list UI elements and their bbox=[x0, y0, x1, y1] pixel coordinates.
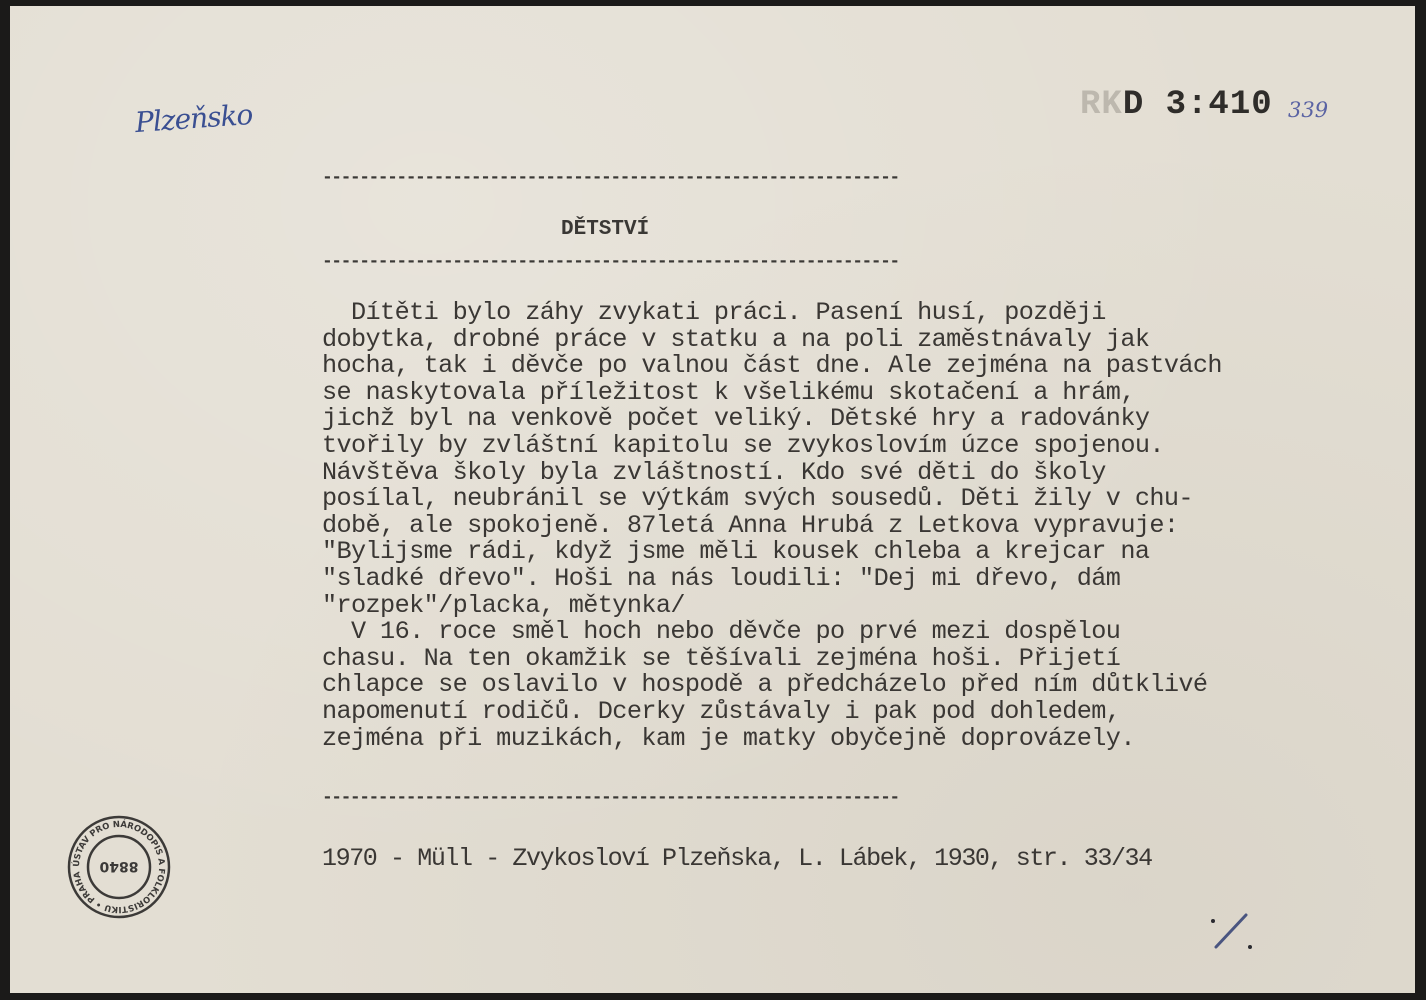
body-line: Návštěva školy byla zvláštností. Kdo své… bbox=[322, 460, 1222, 487]
body-text: Dítěti bylo záhy zvykati práci. Pasení h… bbox=[322, 300, 1222, 752]
divider-top: ----------------------------------------… bbox=[322, 168, 1318, 188]
shelfmark-number: D 3:410 bbox=[1123, 86, 1273, 124]
document-title: DĚTSTVÍ bbox=[561, 218, 649, 241]
handwritten-page-number: 339 bbox=[1288, 98, 1328, 122]
body-line: tvořily by zvláštní kapitolu se zvykoslo… bbox=[322, 433, 1222, 460]
body-line: "rozpek"/placka, mětynka/ bbox=[322, 593, 1222, 620]
divider-under-title: ----------------------------------------… bbox=[322, 252, 1318, 272]
body-line: napomenutí rodičů. Dcerky zůstávaly i pa… bbox=[322, 699, 1222, 726]
body-line: chasu. Na ten okamžik se těšívali zejmén… bbox=[322, 646, 1222, 673]
body-line: době, ale spokojeně. 87letá Anna Hrubá z… bbox=[322, 513, 1222, 540]
shelfmark: RKD 3:410 bbox=[1080, 86, 1273, 124]
body-line: "Bylijsme rádi, když jsme měli kousek ch… bbox=[322, 539, 1222, 566]
body-line: Dítěti bylo záhy zvykati práci. Pasení h… bbox=[322, 300, 1222, 327]
archive-stamp-icon: ÚSTAV PRO NÁRODOPIS A FOLKLORISTIKU • PR… bbox=[64, 812, 174, 922]
body-line: dobytka, drobné práce v statku a na poli… bbox=[322, 327, 1222, 354]
body-line: se naskytovala příležitost k všelikému s… bbox=[322, 380, 1222, 407]
body-line: posílal, neubránil se výtkám svých souse… bbox=[322, 486, 1222, 513]
body-line: zejména při muzikách, kam je matky obyče… bbox=[322, 726, 1222, 753]
handwritten-region-note: Plzeňsko bbox=[134, 98, 253, 139]
handwritten-check-mark-icon bbox=[1210, 901, 1270, 956]
divider-bottom: ----------------------------------------… bbox=[322, 788, 1318, 808]
body-line: jichž byl na venkově počet veliký. Dětsk… bbox=[322, 406, 1222, 433]
body-line: chlapce se oslavilo v hospodě a předcház… bbox=[322, 672, 1222, 699]
body-line: hocha, tak i děvče po valnou část dne. A… bbox=[322, 353, 1222, 380]
archival-card: Plzeňsko RKD 3:410 339 -----------------… bbox=[10, 6, 1415, 993]
shelfmark-faded-prefix: RK bbox=[1080, 86, 1123, 124]
body-line: V 16. roce směl hoch nebo děvče po prvé … bbox=[322, 619, 1222, 646]
stamp-center-number: 8840 bbox=[99, 858, 138, 874]
body-line: "sladké dřevo". Hoši na nás loudili: "De… bbox=[322, 566, 1222, 593]
source-citation: 1970 - Müll - Zvykosloví Plzeňska, L. Lá… bbox=[322, 844, 1152, 873]
